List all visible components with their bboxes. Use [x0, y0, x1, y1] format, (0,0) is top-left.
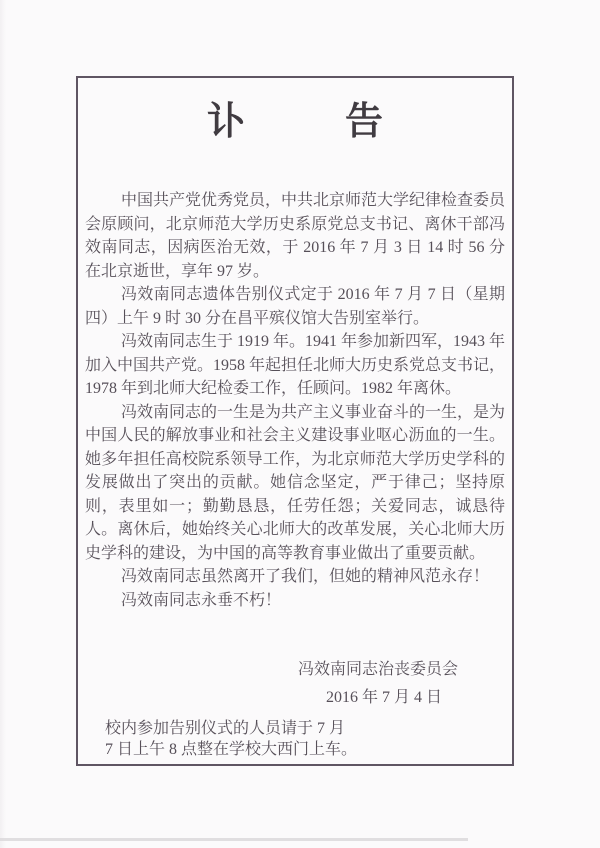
signature-date: 2016 年 7 月 4 日: [78, 686, 512, 710]
signature-committee: 冯效南同志治丧委员会: [78, 658, 512, 682]
paragraph-immortal: 冯效南同志永垂不朽！: [85, 589, 505, 613]
paragraph-life-achievements: 冯效南同志的一生是为共产主义事业奋斗的一生，是为中国人民的解放事业和社会主义建设…: [85, 401, 505, 566]
paragraph-biography: 冯效南同志生于 1919 年。1941 年参加新四军，1943 年加入中国共产党…: [85, 330, 505, 401]
scanned-page: 讣 告 中国共产党优秀党员，中共北京师范大学纪律检查委员会原顾问，北京师范大学历…: [0, 0, 600, 848]
paragraph-deceased-intro: 中国共产党优秀党员，中共北京师范大学纪律检查委员会原顾问，北京师范大学历史系原党…: [85, 189, 505, 283]
footer-note-line2: 7 日上午 8 点整在学校大西门上车。: [105, 739, 512, 760]
title-char-right: 告: [345, 90, 383, 145]
document-border-frame: 讣 告 中国共产党优秀党员，中共北京师范大学纪律检查委员会原顾问，北京师范大学历…: [76, 76, 514, 766]
document-title: 讣 告: [78, 95, 512, 139]
paragraph-farewell-ceremony: 冯效南同志遗体告别仪式定于 2016 年 7 月 7 日（星期四）上午 9 时 …: [85, 283, 505, 330]
title-char-left: 讣: [207, 90, 245, 145]
scanner-edge-artifact: [0, 838, 468, 841]
footer-note: 校内参加告别仪式的人员请于 7 月 7 日上午 8 点整在学校大西门上车。: [78, 718, 512, 760]
obituary-body: 中国共产党优秀党员，中共北京师范大学纪律检查委员会原顾问，北京师范大学历史系原党…: [85, 189, 505, 612]
paragraph-spirit-remains: 冯效南同志虽然离开了我们，但她的精神风范永存！: [85, 565, 505, 589]
footer-note-line1: 校内参加告别仪式的人员请于 7 月: [105, 718, 512, 739]
